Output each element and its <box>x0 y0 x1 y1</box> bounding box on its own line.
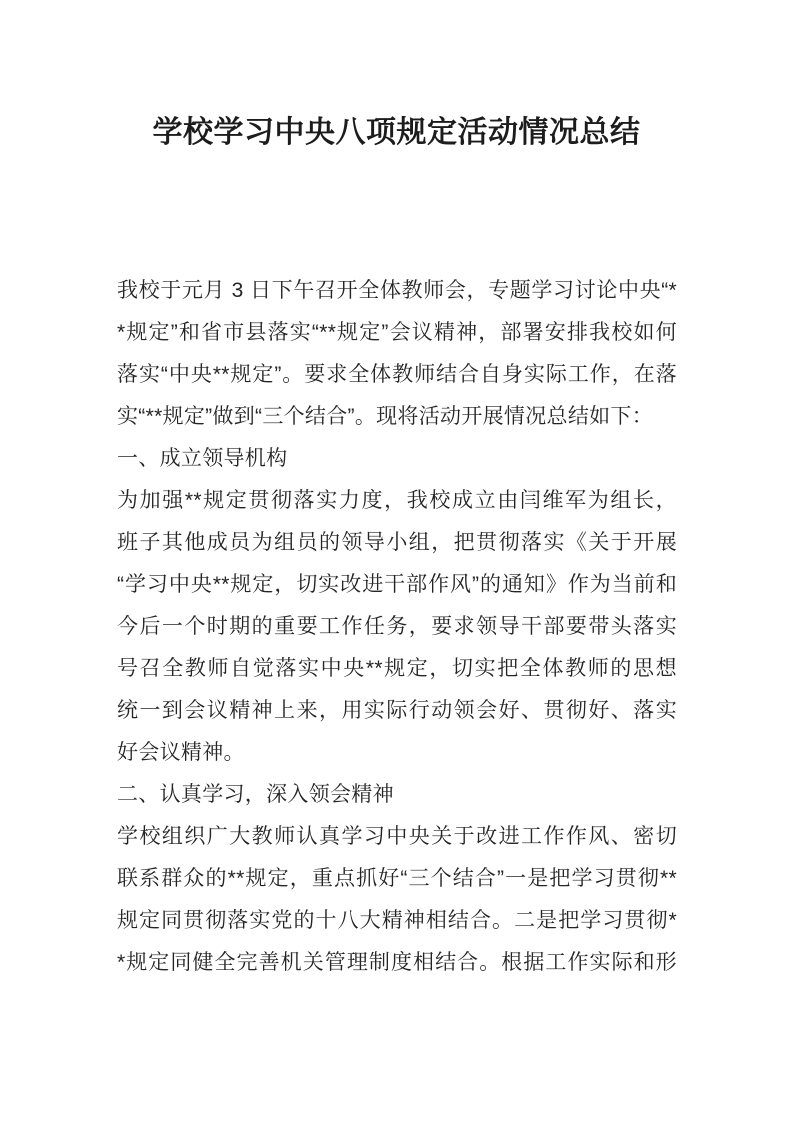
body-line: 一、成立领导机构 <box>117 438 677 480</box>
document-page: 学校学习中央八项规定活动情况总结 我校于元月 3 日下午召开全体教师会，专题学习… <box>0 0 793 1122</box>
body-line: *规定”和省市县落实“**规定”会议精神，部署安排我校如何 <box>117 312 677 354</box>
body-line: 实“**规定”做到“三个结合”。现将活动开展情况总结如下： <box>117 396 677 438</box>
body-line: 号召全教师自觉落实中央**规定，切实把全体教师的思想 <box>117 648 677 690</box>
document-body: 我校于元月 3 日下午召开全体教师会，专题学习讨论中央“**规定”和省市县落实“… <box>117 270 677 984</box>
body-line: 统一到会议精神上来，用实际行动领会好、贯彻好、落实 <box>117 690 677 732</box>
body-line: 为加强**规定贯彻落实力度，我校成立由闫维军为组长， <box>117 480 677 522</box>
body-line: 我校于元月 3 日下午召开全体教师会，专题学习讨论中央“* <box>117 270 677 312</box>
body-line: 班子其他成员为组员的领导小组，把贯彻落实《关于开展 <box>117 522 677 564</box>
body-line: 规定同贯彻落实党的十八大精神相结合。二是把学习贯彻* <box>117 900 677 942</box>
body-line: “学习中央**规定，切实改进干部作风”的通知》作为当前和 <box>117 564 677 606</box>
document-title: 学校学习中央八项规定活动情况总结 <box>0 112 793 154</box>
body-line: 联系群众的**规定，重点抓好“三个结合”一是把学习贯彻** <box>117 858 677 900</box>
body-line: 今后一个时期的重要工作任务，要求领导干部要带头落实 <box>117 606 677 648</box>
body-line: 好会议精神。 <box>117 732 677 774</box>
body-line: *规定同健全完善机关管理制度相结合。根据工作实际和形 <box>117 942 677 984</box>
body-line: 落实“中央**规定”。要求全体教师结合自身实际工作，在落 <box>117 354 677 396</box>
body-line: 学校组织广大教师认真学习中央关于改进工作作风、密切 <box>117 816 677 858</box>
body-line: 二、认真学习，深入领会精神 <box>117 774 677 816</box>
